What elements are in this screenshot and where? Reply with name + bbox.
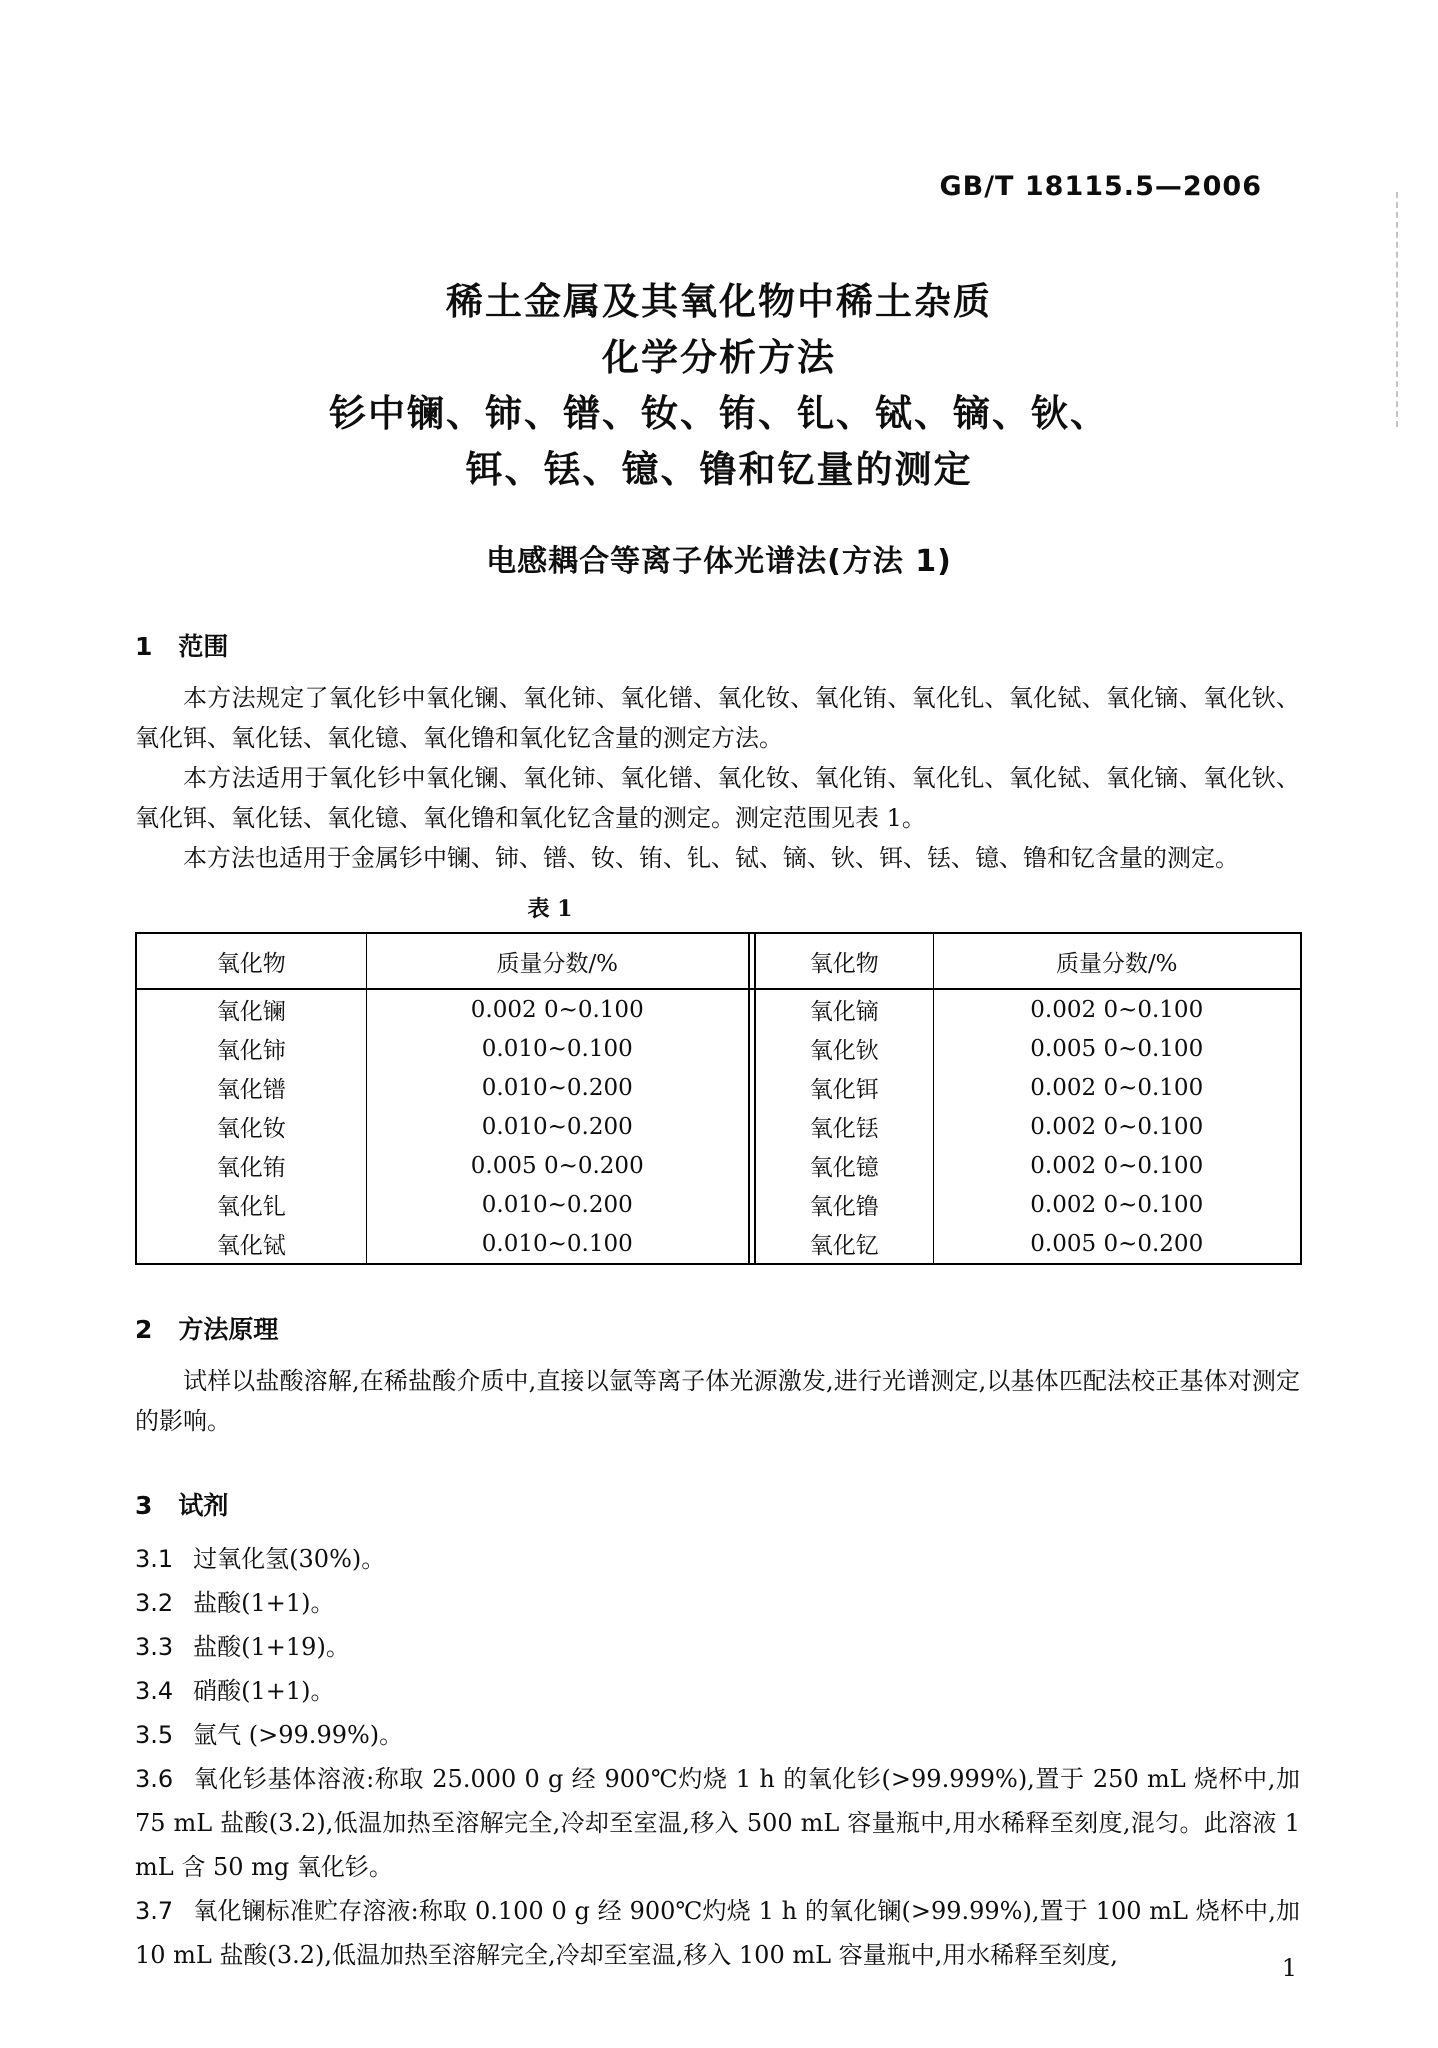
reagent-item-number: 3.1 bbox=[135, 1545, 173, 1573]
reagent-item: 3.5氩气 (>99.99%)。 bbox=[135, 1713, 1300, 1757]
reagent-item: 3.2盐酸(1+1)。 bbox=[135, 1581, 1300, 1625]
mass-fraction-cell: 0.010~0.200 bbox=[366, 1185, 749, 1224]
column-header-fraction-right: 质量分数/% bbox=[933, 933, 1301, 989]
oxide-name-cell: 氧化铒 bbox=[755, 1068, 933, 1107]
oxide-name-cell: 氧化钕 bbox=[136, 1107, 366, 1146]
oxide-name-cell: 氧化铽 bbox=[136, 1224, 366, 1264]
oxide-name-cell: 氧化镨 bbox=[136, 1068, 366, 1107]
reagent-item-number: 3.4 bbox=[135, 1677, 173, 1705]
reagent-item-number: 3.5 bbox=[135, 1721, 173, 1749]
section-2-heading: 2方法原理 bbox=[135, 1313, 1300, 1347]
column-header-oxide-right: 氧化物 bbox=[755, 933, 933, 989]
title-line-1: 稀土金属及其氧化物中稀土杂质 bbox=[0, 274, 1438, 330]
section-2-title: 方法原理 bbox=[178, 1315, 278, 1344]
mass-fraction-cell: 0.010~0.100 bbox=[366, 1224, 749, 1264]
reagent-list: 3.1过氧化氢(30%)。3.2盐酸(1+1)。3.3盐酸(1+19)。3.4硝… bbox=[0, 1537, 1438, 1977]
reagent-item-text: 氧化镧标准贮存溶液:称取 0.100 0 g 经 900℃灼烧 1 h 的氧化镧… bbox=[135, 1897, 1300, 1969]
oxide-name-cell: 氧化钬 bbox=[755, 1029, 933, 1068]
principle-paragraph: 试样以盐酸溶解,在稀盐酸介质中,直接以氩等离子体光源激发,进行光谱测定,以基体匹… bbox=[135, 1361, 1300, 1441]
reagent-item-text: 氧化钐基体溶液:称取 25.000 0 g 经 900℃灼烧 1 h 的氧化钐(… bbox=[135, 1765, 1300, 1881]
table-caption: 表 1 bbox=[135, 894, 965, 924]
reagent-item-text: 硝酸(1+1)。 bbox=[193, 1677, 334, 1705]
section-3-number: 3 bbox=[135, 1491, 152, 1520]
mass-fraction-cell: 0.002 0~0.100 bbox=[933, 1068, 1301, 1107]
reagent-item: 3.7氧化镧标准贮存溶液:称取 0.100 0 g 经 900℃灼烧 1 h 的… bbox=[135, 1889, 1300, 1977]
mass-fraction-cell: 0.002 0~0.100 bbox=[933, 1146, 1301, 1185]
reagent-item-text: 盐酸(1+1)。 bbox=[193, 1589, 334, 1617]
table-row: 氧化镨0.010~0.200氧化铒0.002 0~0.100 bbox=[136, 1068, 1301, 1107]
title-line-3: 钐中镧、铈、镨、钕、铕、钆、铽、镝、钬、 bbox=[0, 386, 1438, 442]
reagent-item-number: 3.6 bbox=[135, 1765, 173, 1793]
reagent-item: 3.1过氧化氢(30%)。 bbox=[135, 1537, 1300, 1581]
table-row: 氧化铕0.005 0~0.200氧化镱0.002 0~0.100 bbox=[136, 1146, 1301, 1185]
table-1: 氧化物 质量分数/% 氧化物 质量分数/% 氧化镧0.002 0~0.100氧化… bbox=[135, 932, 1302, 1265]
section-3-title: 试剂 bbox=[178, 1491, 228, 1520]
scope-paragraph-2: 本方法适用于氧化钐中氧化镧、氧化铈、氧化镨、氧化钕、氧化铕、氧化钆、氧化铽、氧化… bbox=[135, 758, 1300, 838]
reagent-item-text: 盐酸(1+19)。 bbox=[193, 1633, 350, 1661]
mass-fraction-cell: 0.002 0~0.100 bbox=[933, 989, 1301, 1029]
title-line-4: 铒、铥、镱、镥和钇量的测定 bbox=[0, 442, 1438, 498]
document-page: GB/T 18115.5—2006 稀土金属及其氧化物中稀土杂质 化学分析方法 … bbox=[0, 0, 1438, 2048]
scope-paragraph-1: 本方法规定了氧化钐中氧化镧、氧化铈、氧化镨、氧化钕、氧化铕、氧化钆、氧化铽、氧化… bbox=[135, 678, 1300, 758]
section-1-title: 范围 bbox=[178, 632, 228, 661]
column-header-oxide-left: 氧化物 bbox=[136, 933, 366, 989]
reagent-item-number: 3.2 bbox=[135, 1589, 173, 1617]
mass-fraction-cell: 0.010~0.100 bbox=[366, 1029, 749, 1068]
mass-fraction-cell: 0.005 0~0.200 bbox=[366, 1146, 749, 1185]
reagent-item-text: 氩气 (>99.99%)。 bbox=[193, 1721, 403, 1749]
section-2-number: 2 bbox=[135, 1315, 152, 1344]
mass-fraction-cell: 0.002 0~0.100 bbox=[933, 1107, 1301, 1146]
reagent-item: 3.4硝酸(1+1)。 bbox=[135, 1669, 1300, 1713]
table-row: 氧化钆0.010~0.200氧化镥0.002 0~0.100 bbox=[136, 1185, 1301, 1224]
oxide-name-cell: 氧化镝 bbox=[755, 989, 933, 1029]
oxide-name-cell: 氧化镱 bbox=[755, 1146, 933, 1185]
document-title: 稀土金属及其氧化物中稀土杂质 化学分析方法 钐中镧、铈、镨、钕、铕、钆、铽、镝、… bbox=[0, 274, 1438, 498]
section-1-number: 1 bbox=[135, 632, 152, 661]
table1-body: 氧化镧0.002 0~0.100氧化镝0.002 0~0.100氧化铈0.010… bbox=[136, 989, 1301, 1264]
mass-fraction-cell: 0.010~0.200 bbox=[366, 1107, 749, 1146]
reagent-item-text: 过氧化氢(30%)。 bbox=[193, 1545, 385, 1573]
oxide-name-cell: 氧化铈 bbox=[136, 1029, 366, 1068]
column-header-fraction-left: 质量分数/% bbox=[366, 933, 749, 989]
table-row: 氧化钕0.010~0.200氧化铥0.002 0~0.100 bbox=[136, 1107, 1301, 1146]
reagent-item-number: 3.3 bbox=[135, 1633, 173, 1661]
oxide-name-cell: 氧化钆 bbox=[136, 1185, 366, 1224]
oxide-name-cell: 氧化镥 bbox=[755, 1185, 933, 1224]
page-number: 1 bbox=[1282, 1954, 1297, 1982]
reagent-item: 3.3盐酸(1+19)。 bbox=[135, 1625, 1300, 1669]
oxide-name-cell: 氧化钇 bbox=[755, 1224, 933, 1264]
mass-fraction-cell: 0.005 0~0.100 bbox=[933, 1029, 1301, 1068]
oxide-name-cell: 氧化铥 bbox=[755, 1107, 933, 1146]
mass-fraction-cell: 0.005 0~0.200 bbox=[933, 1224, 1301, 1264]
mass-fraction-cell: 0.010~0.200 bbox=[366, 1068, 749, 1107]
scope-paragraph-3: 本方法也适用于金属钐中镧、铈、镨、钕、铕、钆、铽、镝、钬、铒、铥、镱、镥和钇含量… bbox=[135, 838, 1300, 878]
method-subtitle: 电感耦合等离子体光谱法(方法 1) bbox=[0, 542, 1438, 582]
table-row: 氧化镧0.002 0~0.100氧化镝0.002 0~0.100 bbox=[136, 989, 1301, 1029]
table-header-row: 氧化物 质量分数/% 氧化物 质量分数/% bbox=[136, 933, 1301, 989]
mass-fraction-cell: 0.002 0~0.100 bbox=[366, 989, 749, 1029]
scan-artifact bbox=[1396, 192, 1398, 427]
section-3-heading: 3试剂 bbox=[135, 1489, 1300, 1523]
oxide-name-cell: 氧化镧 bbox=[136, 989, 366, 1029]
section-1-heading: 1范围 bbox=[135, 630, 1300, 664]
oxide-name-cell: 氧化铕 bbox=[136, 1146, 366, 1185]
table-row: 氧化铈0.010~0.100氧化钬0.005 0~0.100 bbox=[136, 1029, 1301, 1068]
reagent-item-number: 3.7 bbox=[135, 1897, 173, 1925]
title-line-2: 化学分析方法 bbox=[0, 330, 1438, 386]
mass-fraction-cell: 0.002 0~0.100 bbox=[933, 1185, 1301, 1224]
reagent-item: 3.6氧化钐基体溶液:称取 25.000 0 g 经 900℃灼烧 1 h 的氧… bbox=[135, 1757, 1300, 1889]
standard-number: GB/T 18115.5—2006 bbox=[0, 0, 1438, 202]
table-row: 氧化铽0.010~0.100氧化钇0.005 0~0.200 bbox=[136, 1224, 1301, 1264]
